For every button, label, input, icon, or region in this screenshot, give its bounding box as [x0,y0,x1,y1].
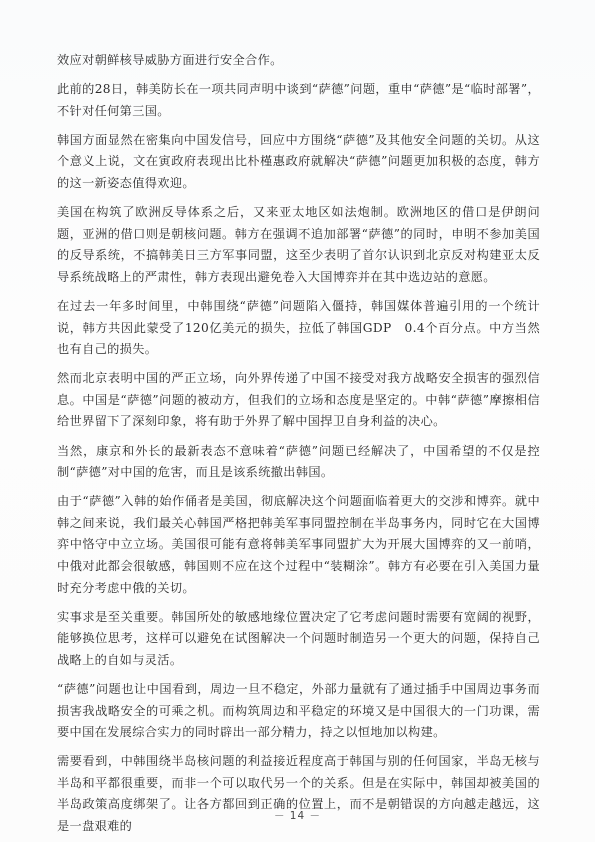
paragraph-11: 需要看到，中韩围绕半岛核问题的利益接近程度高于韩国与别的任何国家，半岛无核与半岛… [57,751,540,837]
paragraph-8: 由于“萨德”入韩的始作俑者是美国，彻底解决这个问题面临着更大的交涉和博弈。就中韩… [57,491,540,599]
paragraph-9: 实事求是至关重要。韩国所处的敏感地缘位置决定了它考虑问题时需要有宽阔的视野，能够… [57,607,540,672]
page-number: － 14 － [0,808,595,823]
paragraph-10: “萨德”问题也让中国看到，周边一旦不稳定，外部力量就有了通过插手中国周边事务而损… [57,679,540,744]
paragraph-7: 当然，康京和外长的最新表态不意味着“萨德”问题已经解决了，中国希望的不仅是控制“… [57,441,540,484]
paragraph-2: 此前的28日，韩美防长在一项共同声明中谈到“萨德”问题，重申“萨德”是“临时部署… [57,79,540,122]
document-page: 效应对朝鲜核导威胁方面进行安全合作。 此前的28日，韩美防长在一项共同声明中谈到… [0,0,595,842]
paragraph-3: 韩国方面显然在密集向中国发信号，回应中方围绕“萨德”及其他安全问题的关切。从这个… [57,130,540,195]
body-text: 效应对朝鲜核导威胁方面进行安全合作。 此前的28日，韩美防长在一项共同声明中谈到… [57,50,540,842]
paragraph-4: 美国在构筑了欧洲反导体系之后，又来亚太地区如法炮制。欧洲地区的借口是伊朗问题，亚… [57,202,540,288]
paragraph-6: 然而北京表明中国的严正立场，向外界传递了中国不接受对我方战略安全损害的强烈信息。… [57,368,540,433]
paragraph-1: 效应对朝鲜核导威胁方面进行安全合作。 [57,50,540,72]
paragraph-5: 在过去一年多时间里，中韩围绕“萨德”问题陷入僵持，韩国媒体普遍引用的一个统计说，… [57,296,540,361]
